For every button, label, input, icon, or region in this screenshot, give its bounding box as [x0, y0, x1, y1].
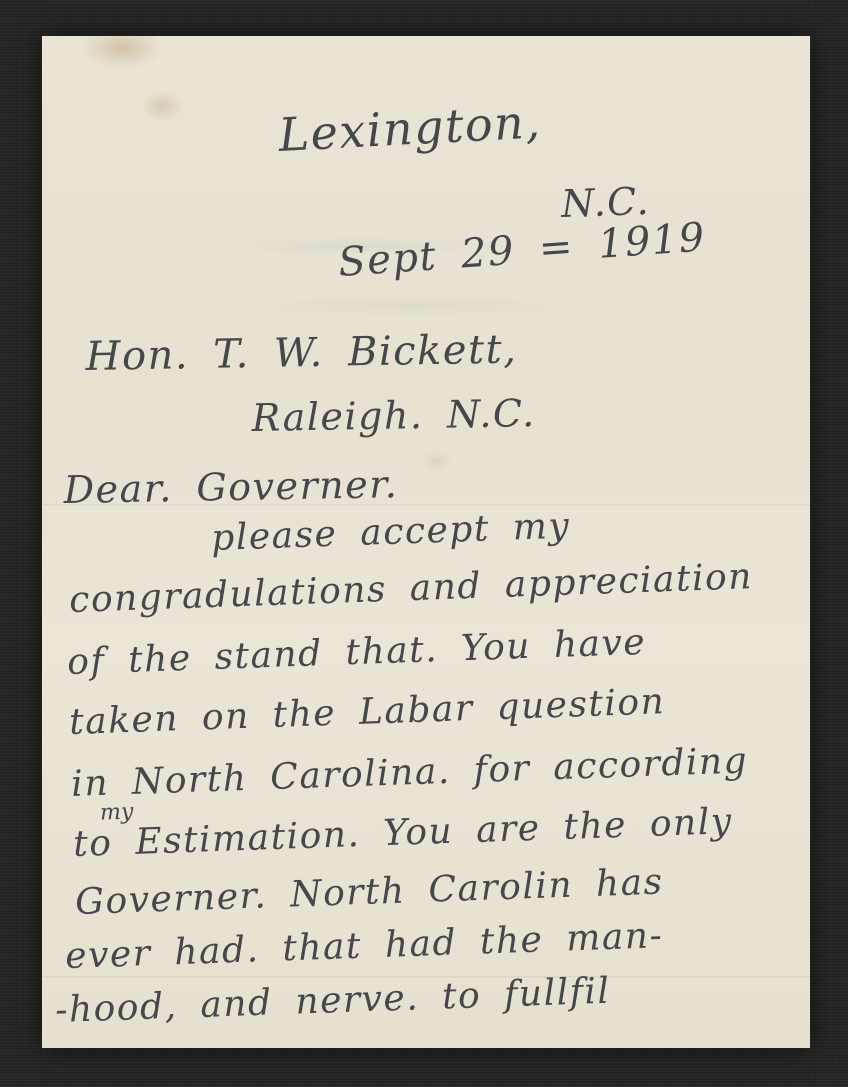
body-line-6: to Estimation. You are the only	[73, 801, 734, 865]
body-line-4: taken on the Labar question	[69, 681, 666, 743]
letter-date-line: Sept 29 = 1919	[337, 214, 707, 286]
body-line-9: -hood, and nerve. to fullfil	[55, 971, 612, 1031]
recipient-city-line: Raleigh. N.C.	[251, 391, 536, 440]
salutation-line: Dear. Governer.	[63, 462, 398, 512]
body-line-2: congradulations and appreciation	[69, 556, 754, 621]
letter-paper: Lexington, N.C. Sept 29 = 1919 Hon. T. W…	[42, 36, 810, 1048]
body-line-8: ever had. that had the man-	[65, 915, 664, 977]
body-line-5: in North Carolina. for according	[71, 740, 749, 805]
body-line-7: Governer. North Carolin has	[75, 861, 665, 923]
body-line-3: of the stand that. You have	[67, 622, 647, 683]
letter-place-line: Lexington,	[277, 94, 542, 162]
photo-background: Lexington, N.C. Sept 29 = 1919 Hon. T. W…	[0, 0, 848, 1087]
recipient-name-line: Hon. T. W. Bickett,	[85, 326, 518, 380]
body-line-1: please accept my	[211, 505, 571, 559]
